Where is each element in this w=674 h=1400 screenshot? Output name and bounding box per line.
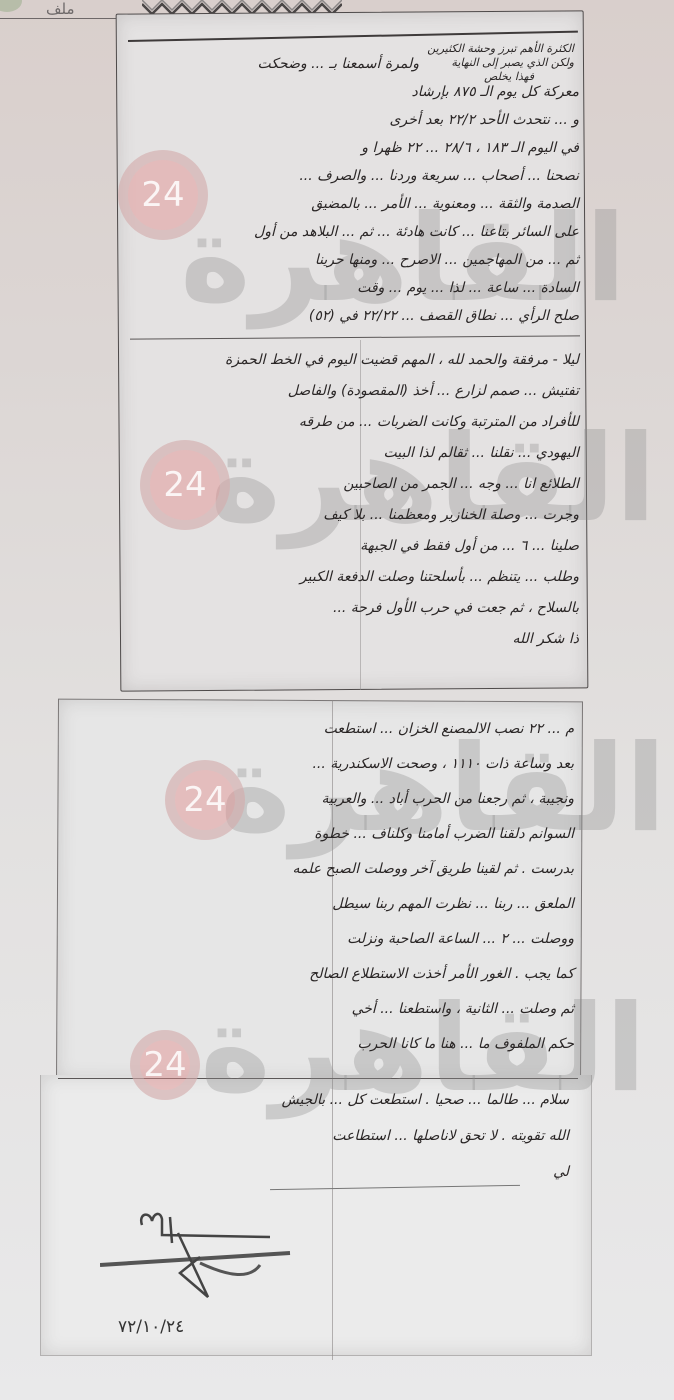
text-line: سلام ... طالما ... صحيا . استطعت كل ... … — [282, 1082, 569, 1118]
text-line: ثم وصلت ... الثانية ، واستطعنا ... أخي — [293, 992, 574, 1027]
letter-body-part2: ليلا - مرفقة والحمد لله ، المهم قضيت الي… — [225, 345, 579, 655]
text-line: للأفراد من المترتبة وكانت الضربات ... من… — [225, 407, 579, 438]
text-line: في اليوم الـ ١٨٣ ، ٢٨/٦ ... ٢٢ ظهرا و — [254, 134, 579, 162]
section-divider — [58, 1078, 578, 1079]
text-line: ولمرة أسمعنا بـ ... وضحكت — [254, 50, 419, 78]
text-line: ووصلت ... ٢ ... الساعة الصاحبة ونزلت — [293, 922, 574, 957]
text-line: م ... ٢٢ نصب الالمصنع الخزان ... استطعت — [293, 712, 574, 747]
text-line: بعد وساعة ذات ١١١٠ ، وصحت الاسكندرية ... — [293, 747, 574, 782]
text-line: صلينا ... ٦ ... من أول فقط في الجبهة — [225, 531, 579, 562]
text-line: كما يجب . الغور الأمر أخذت الاستطلاع الص… — [293, 957, 574, 992]
text-line: بالسلاح ، ثم جعت في حرب الأول فرحة ... — [225, 593, 579, 624]
text-line: و ... نتحدث الأحد ٢٢/٢ بعد أخرى — [254, 106, 579, 134]
text-line: لي — [282, 1154, 569, 1190]
text-line: وجرت ... وصلة الخنازير ومعظمنا ... بلا ك… — [225, 500, 579, 531]
text-line: على السائر بتاعنا ... كانت هادئة ... ثم … — [254, 218, 579, 246]
text-line: السادة ... ساعة ... لذا ... يوم ... وقت — [254, 274, 579, 302]
text-line: بدرست . ثم لقينا طريق آخر ووصلت الصبح عل… — [293, 852, 574, 887]
text-line: الملعق ... ربنا ... نظرت المهم ربنا سيطل — [293, 887, 574, 922]
signature — [100, 1205, 300, 1325]
text-line: السوانم دلقنا الضرب أمامنا وكلناف ... خط… — [293, 817, 574, 852]
text-line: ليلا - مرفقة والحمد لله ، المهم قضيت الي… — [225, 345, 579, 376]
signature-date: ٧٢/١٠/٢٤ — [118, 1317, 184, 1337]
text-line: حكم الملفوف ما ... هنا ما كانا الحرب — [293, 1027, 574, 1062]
letter-body-part3: م ... ٢٢ نصب الالمصنع الخزان ... استطعت … — [293, 712, 574, 1062]
letter-body-part1: ولمرة أسمعنا بـ ... وضحكت معركة كل يوم ا… — [254, 50, 579, 330]
file-label: ملف — [46, 0, 75, 18]
text-line: ونجيبة ، ثم رجعنا من الحرب أباد ... والع… — [293, 782, 574, 817]
text-line: تفتيش ... صمم لزارع ... أخذ (المقصودة) و… — [225, 376, 579, 407]
text-line: اليهودي ... نقلنا ... ثقالم لذا البيت — [225, 438, 579, 469]
text-line: الطلائع انا ... وجه ... الجمر من الصاحبي… — [225, 469, 579, 500]
text-line: ذا شكر الله — [225, 624, 579, 655]
text-line: وطلب ... يتنظم ... بأسلحتنا وصلت الدفعة … — [225, 562, 579, 593]
text-line: نصحنا ... أصحاب ... سريعة وردنا ... والص… — [254, 162, 579, 190]
text-line: ثم ... من المهاجمين ... الاصرح ... ومنها… — [254, 246, 579, 274]
corner-ornament — [0, 0, 22, 12]
text-line: صلح الرأي ... نطاق القصف ... ٢٢/٢٢ في (٥… — [254, 302, 579, 330]
letter-body-part4: سلام ... طالما ... صحيا . استطعت كل ... … — [282, 1082, 569, 1190]
text-line: الله تقويته . لا تحق لاناصلها ... استطاع… — [282, 1118, 569, 1154]
text-line: معركة كل يوم الـ ٨٧٥ بإرشاد — [254, 78, 579, 106]
text-line: الصدمة والثقة ... ومعنوية ... الأمر ... … — [254, 190, 579, 218]
